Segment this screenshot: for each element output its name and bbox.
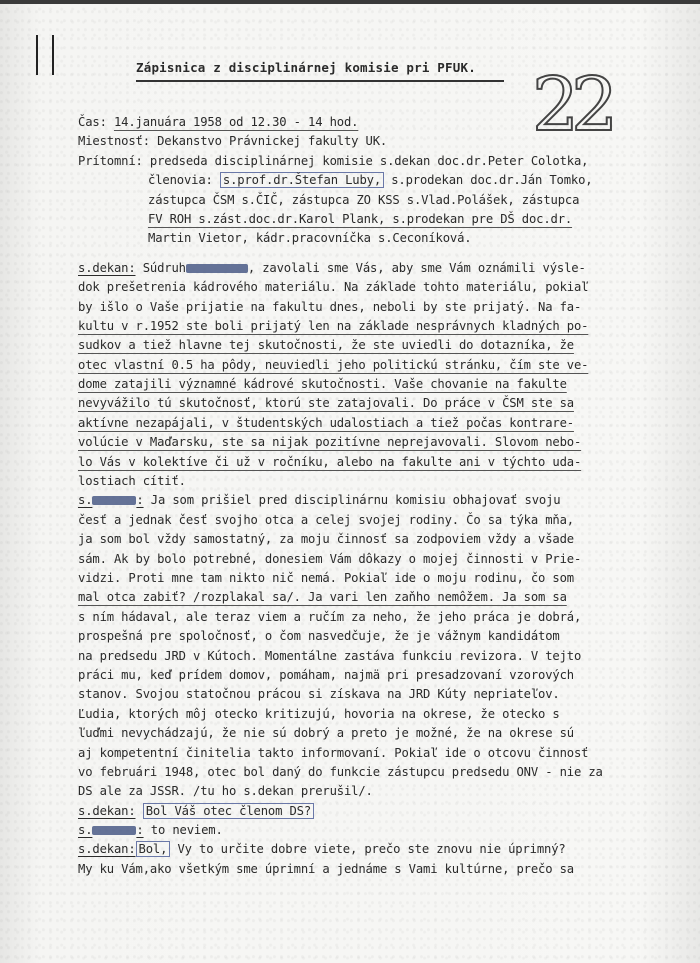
text-line: aktívne nezapájali, v študentských udalo… — [78, 414, 668, 433]
text-line: ľuďmi nevychádzajú, že nie sú dobrý a pr… — [78, 724, 668, 743]
members-line: členovia: s.prof.dr.Štefan Luby, s.prode… — [78, 171, 668, 190]
text-line: aj kompetentní činitelia takto informova… — [78, 744, 668, 763]
document-title: Zápisnica z disciplinárnej komisie pri P… — [136, 60, 476, 75]
text-line: vidzi. Proti mne tam nikto nič nemá. Pok… — [78, 569, 668, 588]
text-line: mal otca zabiť? /rozplakal sa/. Ja vari … — [78, 588, 668, 607]
speaker-student: s.: — [78, 493, 144, 507]
text-line: česť a jednak česť svojho otca a celej s… — [78, 511, 668, 530]
speaker-prefix: s. — [78, 823, 92, 837]
text-line: s ním hádaval, ale teraz viem a ručím za… — [78, 608, 668, 627]
statement-text: Vy to určite dobre viete, prečo ste znov… — [177, 842, 565, 856]
highlighted-member: s.prof.dr.Štefan Luby, — [220, 172, 384, 188]
speaker-suffix: : — [136, 493, 143, 507]
text-line: na predsedu JRD v Kútoch. Momentálne zas… — [78, 647, 668, 666]
text-line: volúcie v Maďarsku, ste sa nijak pozitív… — [78, 433, 668, 452]
margin-mark — [36, 35, 38, 75]
redacted-name — [92, 496, 136, 505]
boxed-word: Bol, — [136, 841, 171, 857]
dean-statement-line: s.dekan:Bol, Vy to určite dobre viete, p… — [78, 840, 668, 859]
speaker-suffix: : — [136, 823, 143, 837]
answer-text: to neviem. — [151, 823, 223, 837]
text-line: dok prešetrenia kádrového materiálu. Na … — [78, 278, 668, 297]
text-line: sudkov a tiež hlavne tej skutočnosti, že… — [78, 336, 668, 355]
text-line: dome zatajili významné kádrové skutočnos… — [78, 375, 668, 394]
room-value: Dekanstvo Právnickej fakulty UK. — [157, 134, 387, 148]
speaker-dean: s.dekan: — [78, 261, 136, 275]
comrade-word: Súdruh — [143, 261, 186, 275]
text-line: Ľudia, ktorých môj otecko kritizujú, hov… — [78, 705, 668, 724]
time-label: Čas: — [78, 115, 107, 129]
present-text: predseda disciplinárnej komisie s.dekan … — [150, 154, 588, 168]
margin-mark — [52, 35, 54, 75]
redacted-name — [186, 264, 248, 273]
text-line: My ku Vám,ako všetkým sme úprimní a jedn… — [78, 860, 668, 879]
text-line: kultu v r.1952 ste boli prijatý len na z… — [78, 317, 668, 336]
room-label: Miestnosť: — [78, 134, 150, 148]
scan-edge — [0, 0, 700, 4]
present-text-line: Martin Vietor, kádr.pracovníčka s.Ceconí… — [78, 229, 668, 248]
speaker-dean: s.dekan: — [78, 804, 136, 818]
dean-statement-line: s.dekan: Súdruh, zavolali sme Vás, aby s… — [78, 259, 668, 278]
present-text-line: FV ROH s.zást.doc.dr.Karol Plank, s.prod… — [78, 210, 668, 229]
present-label: Prítomní: — [78, 154, 143, 168]
title-underline — [136, 80, 504, 82]
room-line: Miestnosť: Dekanstvo Právnickej fakulty … — [78, 132, 668, 151]
text-line: lo Vás v kolektíve či už v ročníku, aleb… — [78, 453, 668, 472]
student-statement-line: s.: Ja som prišiel pred disciplinárnu ko… — [78, 491, 668, 510]
document-body: Čas: 14.januára 1958 od 12.30 - 14 hod. … — [78, 113, 668, 879]
statement-text: Ja som prišiel pred disciplinárnu komisi… — [151, 493, 561, 507]
dean-question-line: s.dekan: Bol Váš otec členom DS? — [78, 802, 668, 821]
text-line: ja som bol vždy samostatný, za moju činn… — [78, 530, 668, 549]
time-value: 14.januára 1958 od 12.30 - 14 hod. — [114, 115, 358, 129]
time-line: Čas: 14.januára 1958 od 12.30 - 14 hod. — [78, 113, 668, 132]
text-line: by išlo o Vaše prijatie na fakultu dnes,… — [78, 298, 668, 317]
redacted-name — [92, 826, 136, 835]
text-line: prospešná pre spoločnosť, o čom nasvedču… — [78, 627, 668, 646]
speaker-dean: s.dekan: — [78, 842, 136, 856]
present-text-line: zástupca ČSM s.ČIČ, zástupca ZO KSS s.Vl… — [78, 191, 668, 210]
student-answer-line: s.: to neviem. — [78, 821, 668, 840]
boxed-question: Bol Váš otec členom DS? — [143, 803, 314, 819]
text-line: nevyvážilo tú skutočnosť, ktorú ste zata… — [78, 394, 668, 413]
text-line: práci mu, keď prídem domov, pomáham, naj… — [78, 666, 668, 685]
speaker-student: s.: — [78, 823, 144, 837]
text-line: stanov. Svojou statočnou prácou si získa… — [78, 685, 668, 704]
speaker-prefix: s. — [78, 493, 92, 507]
text-line: sám. Ak by bolo potrebné, donesiem Vám d… — [78, 550, 668, 569]
text-line: lostiach cítiť. — [78, 472, 668, 491]
members-label: členovia: — [148, 173, 213, 187]
members-text: s.prodekan doc.dr.Ján Tomko, — [391, 173, 592, 187]
scanned-page: Zápisnica z disciplinárnej komisie pri P… — [0, 0, 700, 963]
text-line: DS ale za JSSR. /tu ho s.dekan prerušil/… — [78, 782, 668, 801]
text-line: vo februári 1948, otec bol daný do funkc… — [78, 763, 668, 782]
statement-text: , zavolali sme Vás, aby sme Vám oznámili… — [248, 261, 586, 275]
present-line: Prítomní: predseda disciplinárnej komisi… — [78, 152, 668, 171]
text-line: otec vlastní 0.5 ha pôdy, neuviedli jeho… — [78, 356, 668, 375]
